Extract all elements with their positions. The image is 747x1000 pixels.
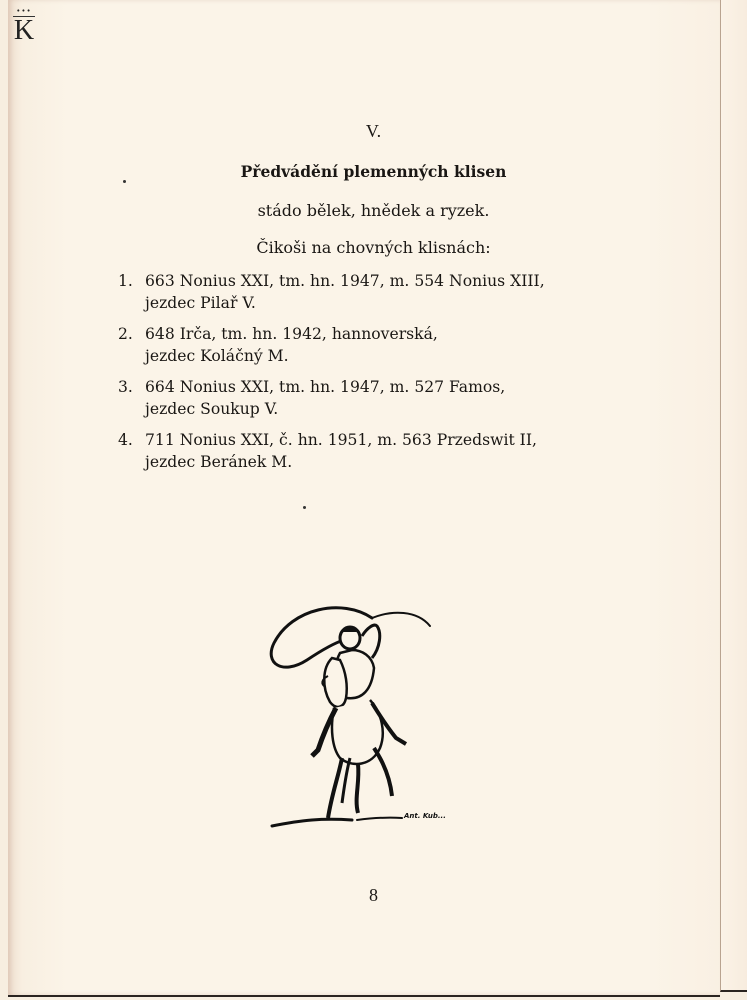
entry-rider: jezdec Pilař V. <box>145 292 578 314</box>
artist-signature: Ant. Kub... <box>403 812 446 820</box>
section-numeral: V. <box>0 121 747 142</box>
page-number: 8 <box>0 885 747 906</box>
entry-number: 2. <box>118 323 133 345</box>
logo-letter: K <box>11 17 37 45</box>
entry-horse: 663 Nonius XXI, tm. hn. 1947, m. 554 Non… <box>145 270 578 292</box>
entry-rider: jezdec Beránek M. <box>145 451 578 473</box>
next-page-edge <box>720 0 747 992</box>
list-item: 2. 648 Irča, tm. hn. 1942, hannoverská, … <box>118 323 578 367</box>
entry-horse: 648 Irča, tm. hn. 1942, hannoverská, <box>145 323 578 345</box>
entry-number: 1. <box>118 270 133 292</box>
entry-rider: jezdec Soukup V. <box>145 398 578 420</box>
entry-rider: jezdec Koláčný M. <box>145 345 578 367</box>
logo-dots: ••• <box>11 8 37 15</box>
list-item: 4. 711 Nonius XXI, č. hn. 1951, m. 563 P… <box>118 429 578 473</box>
publisher-logo: ••• K <box>11 8 37 48</box>
section-title: Předvádění plemenných klisen <box>0 162 747 181</box>
print-speck <box>303 506 306 509</box>
rider-illustration: Ant. Kub... <box>262 598 462 833</box>
entry-horse: 711 Nonius XXI, č. hn. 1951, m. 563 Prze… <box>145 429 578 451</box>
list-item: 1. 663 Nonius XXI, tm. hn. 1947, m. 554 … <box>118 270 578 314</box>
entry-number: 3. <box>118 376 133 398</box>
print-speck <box>123 180 126 183</box>
list-heading: Čikoši na chovných klisnách: <box>0 238 747 257</box>
entry-number: 4. <box>118 429 133 451</box>
entry-horse: 664 Nonius XXI, tm. hn. 1947, m. 527 Fam… <box>145 376 578 398</box>
section-subtitle: stádo bělek, hnědek a ryzek. <box>0 201 747 220</box>
entry-list: 1. 663 Nonius XXI, tm. hn. 1947, m. 554 … <box>118 270 578 482</box>
book-page <box>8 0 720 997</box>
list-item: 3. 664 Nonius XXI, tm. hn. 1947, m. 527 … <box>118 376 578 420</box>
